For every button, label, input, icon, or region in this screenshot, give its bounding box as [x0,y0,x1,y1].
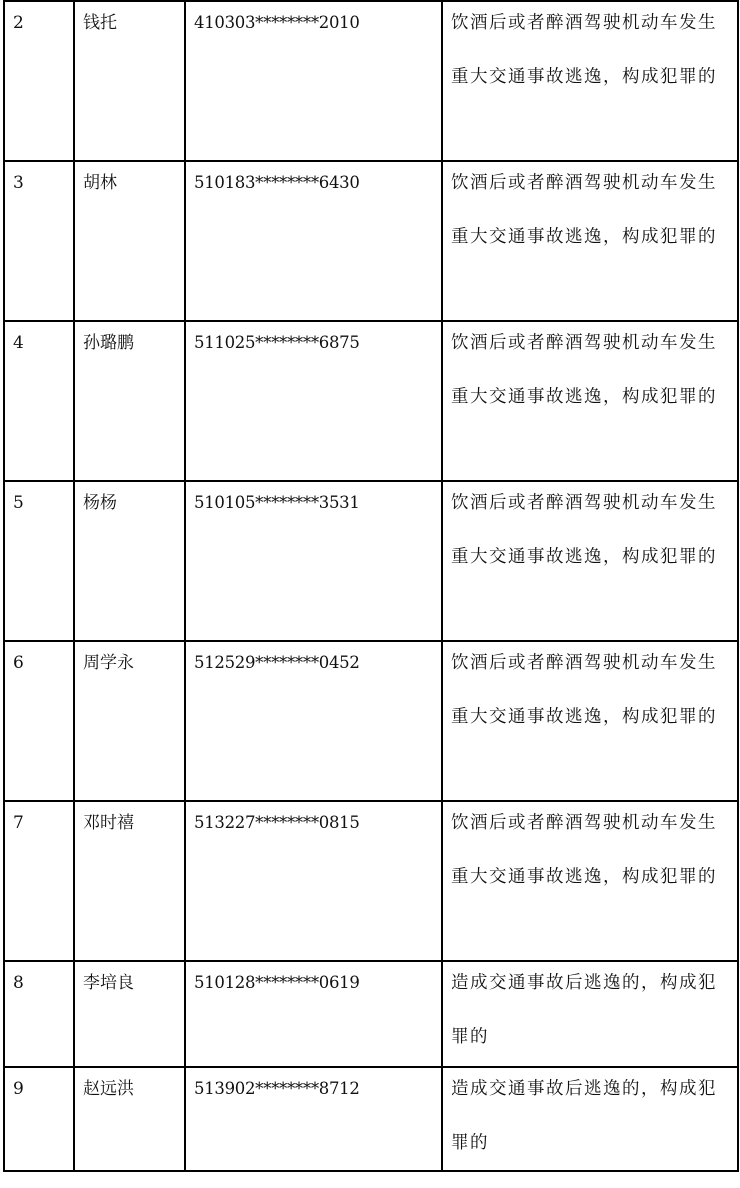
table-row: 3 胡林 510183********6430 饮酒后或者醉酒驾驶机动车发生重大… [4,161,738,321]
cell-id-number: 512529********0452 [185,641,442,801]
cell-number: 4 [4,321,74,481]
cell-name: 周学永 [74,641,185,801]
cell-number: 2 [4,1,74,161]
cell-id-number: 410303********2010 [185,1,442,161]
cell-offense: 饮酒后或者醉酒驾驶机动车发生重大交通事故逃逸，构成犯罪的 [442,1,738,161]
cell-id-number: 513902********8712 [185,1067,442,1171]
offender-table: 2 钱托 410303********2010 饮酒后或者醉酒驾驶机动车发生重大… [3,0,739,1172]
table-row: 7 邓时禧 513227********0815 饮酒后或者醉酒驾驶机动车发生重… [4,801,738,961]
cell-id-number: 513227********0815 [185,801,442,961]
cell-name: 赵远洪 [74,1067,185,1171]
cell-number: 6 [4,641,74,801]
cell-offense: 饮酒后或者醉酒驾驶机动车发生重大交通事故逃逸，构成犯罪的 [442,321,738,481]
cell-name: 孙璐鹏 [74,321,185,481]
cell-name: 胡林 [74,161,185,321]
cell-number: 7 [4,801,74,961]
cell-id-number: 511025********6875 [185,321,442,481]
table-row: 6 周学永 512529********0452 饮酒后或者醉酒驾驶机动车发生重… [4,641,738,801]
cell-number: 9 [4,1067,74,1171]
cell-name: 邓时禧 [74,801,185,961]
cell-offense: 饮酒后或者醉酒驾驶机动车发生重大交通事故逃逸，构成犯罪的 [442,481,738,641]
cell-offense: 饮酒后或者醉酒驾驶机动车发生重大交通事故逃逸，构成犯罪的 [442,161,738,321]
table-row: 5 杨杨 510105********3531 饮酒后或者醉酒驾驶机动车发生重大… [4,481,738,641]
cell-offense: 造成交通事故后逃逸的，构成犯罪的 [442,1067,738,1171]
table-row: 4 孙璐鹏 511025********6875 饮酒后或者醉酒驾驶机动车发生重… [4,321,738,481]
table-row: 2 钱托 410303********2010 饮酒后或者醉酒驾驶机动车发生重大… [4,1,738,161]
cell-id-number: 510105********3531 [185,481,442,641]
cell-id-number: 510183********6430 [185,161,442,321]
cell-name: 钱托 [74,1,185,161]
cell-number: 3 [4,161,74,321]
cell-name: 杨杨 [74,481,185,641]
table-row: 9 赵远洪 513902********8712 造成交通事故后逃逸的，构成犯罪… [4,1067,738,1171]
cell-offense: 饮酒后或者醉酒驾驶机动车发生重大交通事故逃逸，构成犯罪的 [442,801,738,961]
cell-offense: 饮酒后或者醉酒驾驶机动车发生重大交通事故逃逸，构成犯罪的 [442,641,738,801]
cell-number: 5 [4,481,74,641]
